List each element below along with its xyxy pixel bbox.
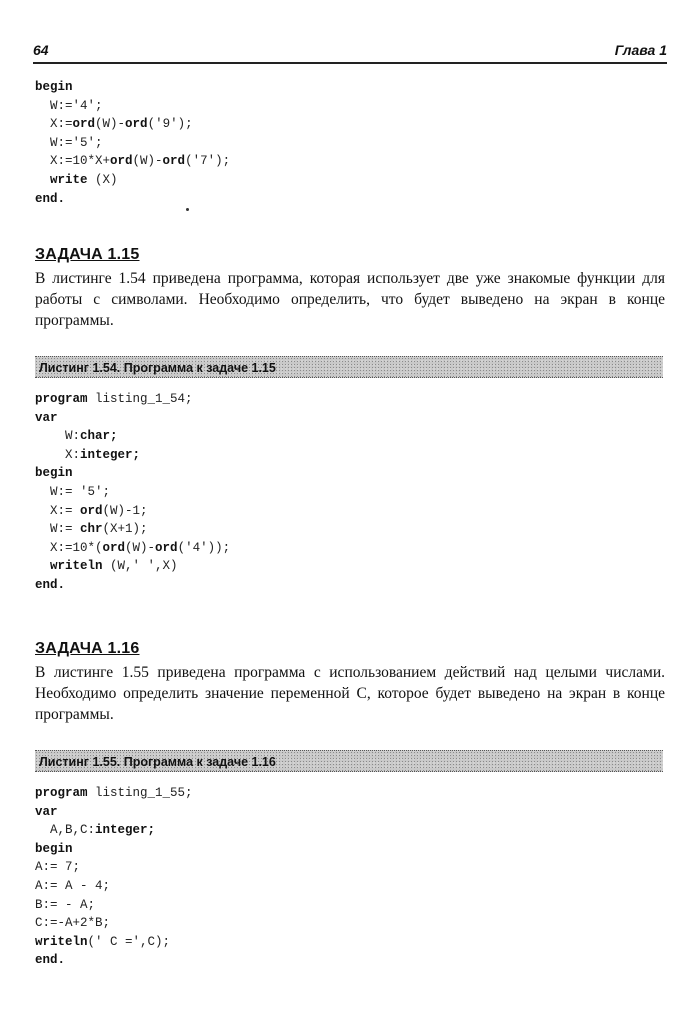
code-line: W:= '5';	[35, 483, 230, 502]
code-line: W:='5';	[35, 134, 230, 153]
code-line: X:=10*(ord(W)-ord('4'));	[35, 539, 230, 558]
code-line: writeln (W,' ',X)	[35, 557, 230, 576]
code-line: begin	[35, 840, 193, 859]
code-line: C:=-A+2*B;	[35, 914, 193, 933]
code-text: X:=10*X+	[35, 154, 110, 168]
code-text: C:=-A+2*B;	[35, 916, 110, 930]
code-text	[35, 173, 50, 187]
code-text: W:	[35, 429, 80, 443]
code-block-continued: begin W:='4'; X:=ord(W)-ord('9'); W:='5'…	[35, 78, 230, 208]
code-text: listing_1_54;	[88, 392, 193, 406]
code-line: end.	[35, 190, 230, 209]
code-keyword: writeln	[35, 935, 88, 949]
code-keyword: ord	[73, 117, 96, 131]
code-keyword: ord	[103, 541, 126, 555]
code-text	[35, 559, 50, 573]
code-keyword: var	[35, 805, 58, 819]
code-text: X:=	[35, 117, 73, 131]
code-line: A:= A - 4;	[35, 877, 193, 896]
code-text: (W)-	[125, 541, 155, 555]
code-keyword: begin	[35, 80, 73, 94]
task-text-1-15: В листинге 1.54 приведена программа, кот…	[35, 268, 665, 331]
code-text: (X+1);	[103, 522, 148, 536]
code-keyword: integer;	[80, 448, 140, 462]
code-text: W:='4';	[35, 99, 103, 113]
code-keyword: begin	[35, 842, 73, 856]
code-keyword: ord	[163, 154, 186, 168]
code-keyword: ord	[125, 117, 148, 131]
code-keyword: end.	[35, 192, 65, 206]
task-text-1-16: В листинге 1.55 приведена программа с ис…	[35, 662, 665, 725]
code-keyword: write	[50, 173, 88, 187]
code-line: end.	[35, 576, 230, 595]
code-line: W:='4';	[35, 97, 230, 116]
task-title-1-16: ЗАДАЧА 1.16	[35, 640, 140, 658]
code-text: W:= '5';	[35, 485, 110, 499]
code-text: X:	[35, 448, 80, 462]
code-text: A:= A - 4;	[35, 879, 110, 893]
code-text: ('4'));	[178, 541, 231, 555]
code-keyword: end.	[35, 578, 65, 592]
chapter-title: Глава 1	[615, 42, 667, 58]
code-listing-1-55: program listing_1_55;var A,B,C:integer;b…	[35, 784, 193, 970]
code-keyword: integer;	[95, 823, 155, 837]
code-line: var	[35, 803, 193, 822]
code-line: program listing_1_55;	[35, 784, 193, 803]
code-keyword: chr	[80, 522, 103, 536]
code-line: program listing_1_54;	[35, 390, 230, 409]
code-line: X:= ord(W)-1;	[35, 502, 230, 521]
code-line: end.	[35, 951, 193, 970]
code-keyword: end.	[35, 953, 65, 967]
code-text: W:=	[35, 522, 80, 536]
code-keyword: program	[35, 786, 88, 800]
scan-speck	[186, 208, 189, 211]
code-text: (W)-1;	[103, 504, 148, 518]
code-keyword: char;	[80, 429, 118, 443]
code-text: (' C =',C);	[88, 935, 171, 949]
code-text: (W)-	[133, 154, 163, 168]
code-line: A,B,C:integer;	[35, 821, 193, 840]
code-text: (W,' ',X)	[103, 559, 178, 573]
code-keyword: var	[35, 411, 58, 425]
code-line: W:= chr(X+1);	[35, 520, 230, 539]
code-keyword: program	[35, 392, 88, 406]
code-line: begin	[35, 78, 230, 97]
code-keyword: ord	[80, 504, 103, 518]
code-text: (W)-	[95, 117, 125, 131]
page-number: 64	[33, 42, 49, 58]
code-text: B:= - A;	[35, 898, 95, 912]
code-line: X:=ord(W)-ord('9');	[35, 115, 230, 134]
page-header: 64 Глава 1	[33, 40, 667, 64]
code-text: A,B,C:	[35, 823, 95, 837]
code-text: X:=	[35, 504, 80, 518]
code-text: ('9');	[148, 117, 193, 131]
code-text: listing_1_55;	[88, 786, 193, 800]
code-line: W:char;	[35, 427, 230, 446]
code-line: X:integer;	[35, 446, 230, 465]
code-keyword: ord	[155, 541, 178, 555]
code-text: A:= 7;	[35, 860, 80, 874]
code-text: W:='5';	[35, 136, 103, 150]
code-text: (X)	[88, 173, 118, 187]
code-line: X:=10*X+ord(W)-ord('7');	[35, 152, 230, 171]
code-text: X:=10*(	[35, 541, 103, 555]
code-line: write (X)	[35, 171, 230, 190]
code-line: var	[35, 409, 230, 428]
task-title-1-15: ЗАДАЧА 1.15	[35, 246, 140, 264]
code-line: writeln(' C =',C);	[35, 933, 193, 952]
code-listing-1-54: program listing_1_54;var W:char; X:integ…	[35, 390, 230, 595]
code-keyword: ord	[110, 154, 133, 168]
code-line: begin	[35, 464, 230, 483]
listing-caption-1-54: Листинг 1.54. Программа к задаче 1.15	[35, 356, 663, 378]
code-keyword: writeln	[50, 559, 103, 573]
code-text: ('7');	[185, 154, 230, 168]
listing-caption-1-55: Листинг 1.55. Программа к задаче 1.16	[35, 750, 663, 772]
code-line: A:= 7;	[35, 858, 193, 877]
code-line: B:= - A;	[35, 896, 193, 915]
code-keyword: begin	[35, 466, 73, 480]
